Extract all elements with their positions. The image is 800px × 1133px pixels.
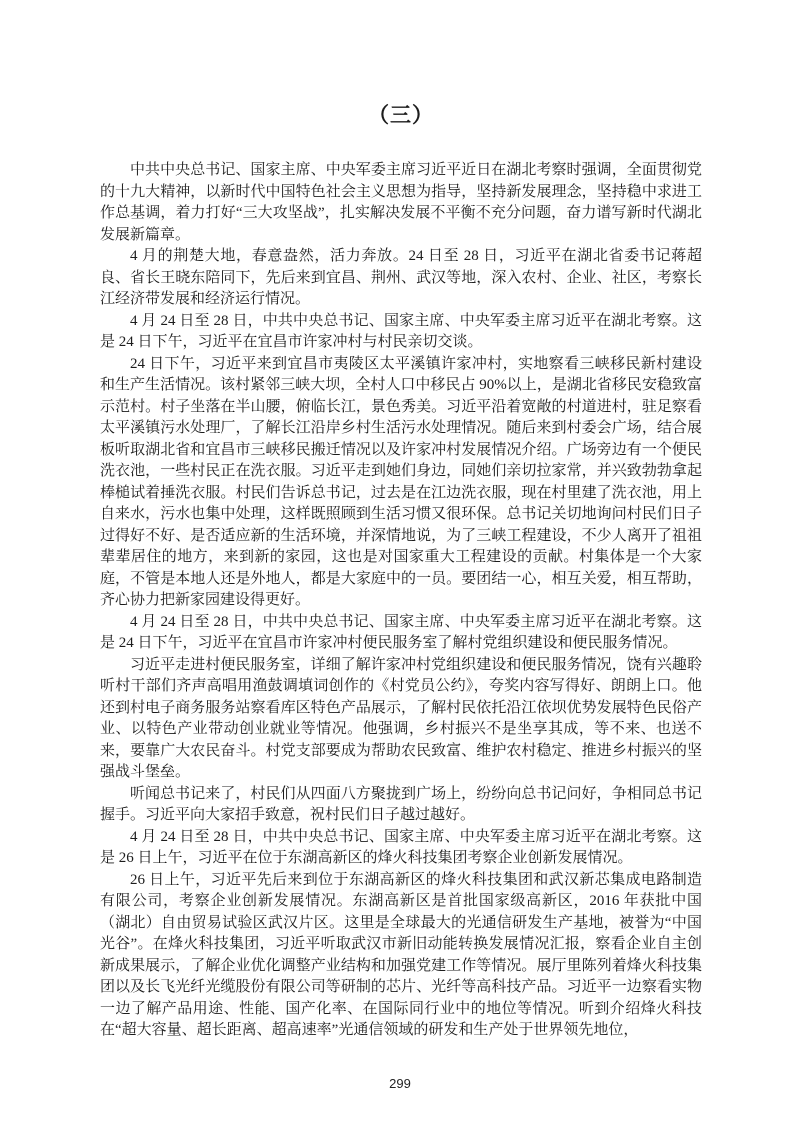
- paragraph-6: 习近平走进村便民服务室，详细了解许家冲村党组织建设和便民服务情况，饶有兴趣聆听村…: [100, 655, 702, 784]
- paragraph-2: 4 月的荆楚大地，春意盎然，活力奔放。24 日至 28 日，习近平在湖北省委书记…: [100, 246, 702, 311]
- page-number: 299: [0, 1076, 800, 1091]
- paragraph-9: 26 日上午，习近平先后来到位于东湖高新区的烽火科技集团和武汉新芯集成电路制造有…: [100, 870, 702, 1042]
- section-title: （三）: [100, 96, 702, 134]
- paragraph-8: 4 月 24 日至 28 日，中共中央总书记、国家主席、中央军委主席习近平在湖北…: [100, 827, 702, 870]
- paragraph-7: 听闻总书记来了，村民们从四面八方聚拢到广场上，纷纷向总书记问好，争相同总书记握手…: [100, 784, 702, 827]
- paragraph-4: 24 日下午，习近平来到宜昌市夷陵区太平溪镇许家冲村，实地察看三峡移民新村建设和…: [100, 354, 702, 612]
- document-page: （三） 中共中央总书记、国家主席、中央军委主席习近平近日在湖北考察时强调，全面贯…: [0, 0, 800, 1133]
- body-text: 中共中央总书记、国家主席、中央军委主席习近平近日在湖北考察时强调，全面贯彻党的十…: [100, 160, 702, 1042]
- paragraph-1: 中共中央总书记、国家主席、中央军委主席习近平近日在湖北考察时强调，全面贯彻党的十…: [100, 160, 702, 246]
- paragraph-3: 4 月 24 日至 28 日，中共中央总书记、国家主席、中央军委主席习近平在湖北…: [100, 311, 702, 354]
- paragraph-5: 4 月 24 日至 28 日，中共中央总书记、国家主席、中央军委主席习近平在湖北…: [100, 612, 702, 655]
- page-content: （三） 中共中央总书记、国家主席、中央军委主席习近平近日在湖北考察时强调，全面贯…: [100, 96, 702, 1042]
